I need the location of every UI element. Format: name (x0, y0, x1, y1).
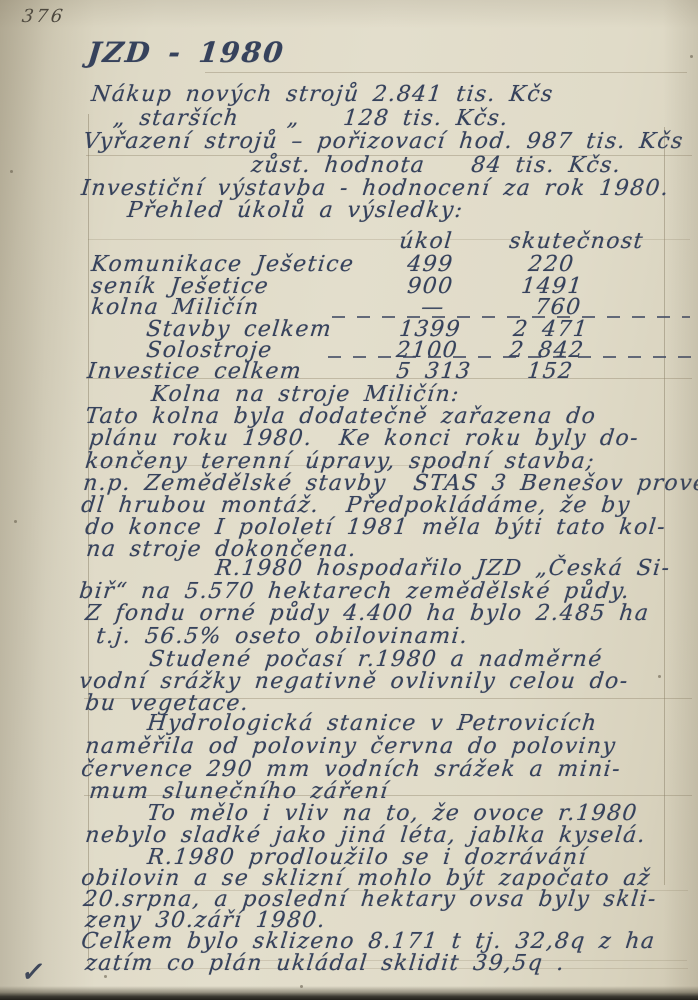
scanned-document-page: 376 JZD - 1980 Nákup nových strojů 2.841… (0, 0, 698, 1000)
table-header: úkol (398, 229, 454, 254)
margin-line (664, 127, 665, 885)
handwritten-line: plánu roku 1980. Ke konci roku byly do- (88, 426, 640, 451)
hand-drawn-dash-line (328, 356, 694, 358)
page-title: JZD - 1980 (86, 36, 286, 69)
handwritten-line: zůst. hodnota (250, 153, 427, 178)
table-cell-ukol: 5 313 (395, 359, 473, 384)
scan-bottom-edge (0, 986, 698, 1000)
handwritten-line: Vyřazení strojů – pořizovací hod. 987 ti… (82, 129, 685, 154)
page-number: 376 (21, 6, 67, 27)
paper-speck (690, 55, 693, 58)
handwritten-line: Hydrologická stanice v Petrovicích (146, 711, 599, 736)
handwritten-line: Z fondu orné půdy 4.400 ha bylo 2.485 ha (84, 601, 651, 626)
paper-speck (10, 170, 13, 173)
table-header: skutečnost (508, 229, 645, 254)
paper-speck (658, 675, 661, 678)
handwritten-line: „ starších (112, 106, 241, 131)
handwritten-line: 84 tis. Kčs. (470, 153, 623, 178)
handwritten-line: R.1980 hospodařilo JZD „Česká Si- (214, 556, 672, 581)
paper-speck (14, 520, 17, 523)
table-cell-skutecnost: 152 (526, 359, 575, 384)
handwritten-line: t.j. 56.5% oseto obilovinami. (95, 624, 470, 649)
handwritten-line: Přehled úkolů a výsledky: (126, 198, 465, 223)
hand-drawn-dash-line (332, 316, 690, 318)
handwritten-line: „ (286, 106, 301, 131)
checkmark: ✓ (19, 957, 47, 988)
ruled-line (205, 72, 687, 73)
handwritten-line: 128 tis. Kčs. (342, 106, 510, 131)
handwritten-line: zatím co plán ukládal sklidit 39,5q . (84, 951, 566, 976)
table-cell-label: Investice celkem (86, 359, 303, 384)
handwritten-line: naměřila od poloviny června do poloviny (84, 734, 618, 759)
handwritten-line: Nákup nových strojů 2.841 tis. Kčs (90, 82, 555, 107)
